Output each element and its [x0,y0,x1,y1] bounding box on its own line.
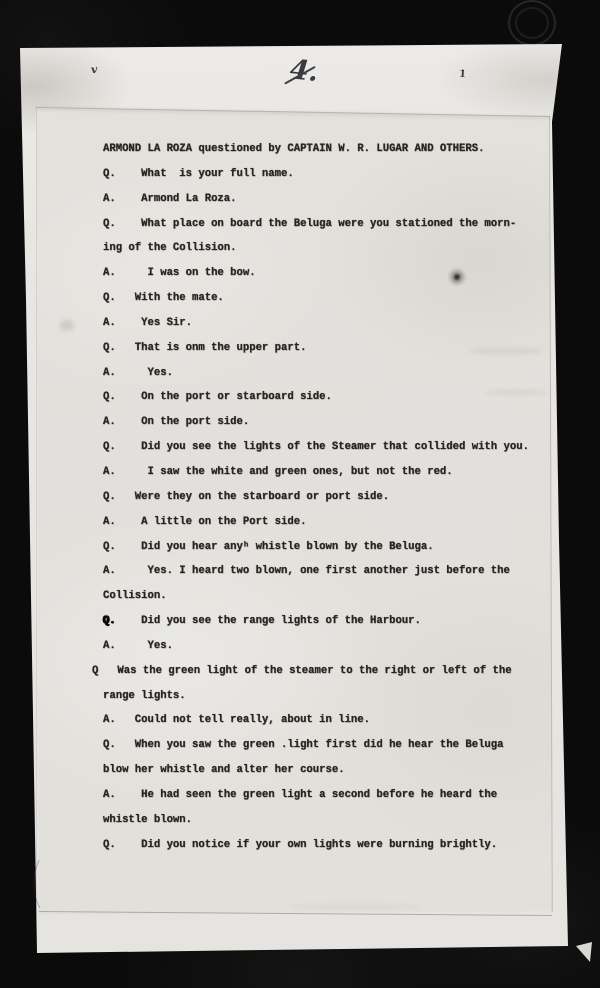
qa-line: A. Armond La Roza. [103,187,529,212]
handwritten-tick-mark: 1 [459,70,467,80]
ghost-smudge [290,905,420,908]
qa-lines: Q. What is your full name.A. Armond La R… [103,162,529,858]
scanned-document-photo: 4. v 1 ARMOND LA ROZA questioned by CAPT… [0,0,600,988]
qa-line: Q. Did you see the lights of the Steamer… [103,435,529,460]
qa-line: A. A little on the Port side. [103,510,529,535]
transcript-text: ARMOND LA ROZA questioned by CAPTAIN W. … [103,137,529,857]
transcript-title: ARMOND LA ROZA questioned by CAPTAIN W. … [103,137,529,162]
qa-line: A. Yes. [103,361,529,386]
qa-line: whistle blown. [103,808,529,833]
qa-line: range lights. [103,684,529,709]
qa-line: A. He had seen the green light a second … [103,783,529,808]
qa-line: A. Yes. I heard two blown, one first ano… [103,559,529,584]
qa-line: A. Could not tell really, about in line. [103,708,529,733]
qa-line: Q Was the green light of the steamer to … [92,659,529,684]
qa-line: A. I saw the white and green ones, but n… [103,460,529,485]
page-corner-curl [30,858,44,910]
qa-line: A. On the port side. [103,410,529,435]
qa-line: Q. Were they on the starboard or port si… [103,485,529,510]
qa-line: Q. On the port or starboard side. [103,385,529,410]
qa-line: Q. With the mate. [103,286,529,311]
qa-line: Q. What is your full name. [103,162,529,187]
qa-line: Collision. [103,584,529,609]
qa-line: Q. Did you notice if your own lights wer… [103,833,529,858]
handwritten-check-mark: v [90,64,98,76]
page-corner-wedge [574,942,594,963]
qa-line: Q. That is onm the upper part. [103,336,529,361]
qa-line: A. Yes. [103,634,529,659]
embossed-ring [508,0,556,46]
qa-line: Q. What place on board the Beluga were y… [103,212,529,237]
qa-line: A. Yes Sir. [103,311,529,336]
qa-line: Q. Did you hear anyʰ whistle blown by th… [103,535,529,560]
ghost-smudge [60,320,74,331]
qa-line: Q. Did you see the range lights of the H… [103,609,529,634]
page-edge-left [36,107,37,915]
qa-line: ing of the Collision. [103,236,529,261]
qa-line: A. I was on the bow. [103,261,529,286]
qa-line: Q. When you saw the green .light first d… [103,733,529,758]
qa-line: blow her whistle and alter her course. [103,758,529,783]
handwritten-page-number: 4. [287,56,327,104]
